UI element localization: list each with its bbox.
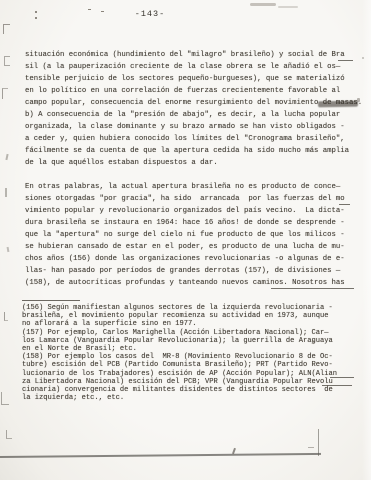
page-number: -143- [100,9,200,19]
scan-bottom-edge [0,453,321,458]
underline-alian [330,377,354,378]
underline-mo [339,204,350,205]
text-line: de la que aquéllos estaban dispuestos a … [25,157,359,169]
scan-artifact [1,392,9,405]
paragraph-2: En otras palabras, la actual apertura br… [25,181,359,289]
footnotes-section: (156) Según manifiestan algunos sectores… [22,304,362,402]
underline-bra [338,60,353,61]
scan-bottom-corner-tick [318,429,319,456]
text-line: campo popular, consecuencia del enorme r… [25,97,359,109]
text-line: la izquierda; etc., etc. [22,394,362,402]
text-line: chos años (156) donde las organizaciones… [25,253,359,265]
scan-artifact [4,312,8,321]
scan-artifact [88,9,91,10]
text-line: tensible perjuicio de los sectores peque… [25,73,359,85]
underline-revolu [322,385,352,386]
scan-artifact [5,154,8,160]
text-line: cionaria) convergencia de militantes dis… [22,386,362,394]
text-line: lucionario de los Trabajadores) escisión… [22,370,362,378]
ink-smudge [318,101,358,108]
text-line: b) A consecuencia de la "presión de abaj… [25,109,359,121]
scan-artifact [278,6,298,8]
footnote-156: (156) Según manifiestan algunos sectores… [22,304,362,329]
text-line: los Lamarca (Vanguardia Popular Revoluci… [22,337,362,345]
document-page: -143- situación económica (hundimiento d… [0,0,371,480]
footnote-158: (158) Por ejemplo los casos del MR-8 (Mo… [22,353,362,402]
paragraph-1: situación económica (hundimiento del "mi… [25,49,359,169]
text-line: que la "apertura" no surge del cielo ni … [25,229,359,241]
underline-nosotros-has [271,288,354,289]
scan-artifact [3,24,10,34]
scan-artifact [35,17,37,19]
scan-artifact [308,447,314,448]
scan-artifact [5,188,7,197]
text-line: en lo político en una correlación de fue… [25,85,359,97]
text-line: organizada, la clase dominante y su braz… [25,121,359,133]
text-line: fácilmente se da cuenta de que la apertu… [25,145,359,157]
scan-artifact [35,11,37,13]
scan-right-edge [362,0,371,480]
text-line: en el Norte de Brasil; etc. [22,345,362,353]
scan-artifact [7,247,9,252]
text-line: (156) Según manifiestan algunos sectores… [22,304,362,312]
text-line: se hubieran cansado de estar en el poder… [25,241,359,253]
text-line: dura brasileña se instaura en 1964: hace… [25,217,359,229]
text-line: llas- han pasado por períodos de grandes… [25,265,359,277]
text-line: za Libertadora Nacional) escisión del PC… [22,378,362,386]
scan-artifact [250,3,276,6]
text-line: (157) Por ejemplo, Carlos Marighella (Ac… [22,329,362,337]
scan-artifact [6,430,12,439]
text-line: situación económica (hundimiento del "mi… [25,49,359,61]
footnote-separator-rule [22,300,80,301]
text-line: En otras palabras, la actual apertura br… [25,181,359,193]
text-line: sil (a la pauperización creciente de la … [25,61,359,73]
text-line: no aflorará a la superficie sino en 1977… [22,320,362,328]
text-line: tubre) escisión del PCB (Partido Comunis… [22,361,362,369]
text-line: a ceder y, quien hubiera conocido los lí… [25,133,359,145]
scan-artifact [2,88,8,99]
scan-artifact [4,56,10,66]
text-line: siones otorgadas "por gracia", ha sido a… [25,193,359,205]
footnote-157: (157) Por ejemplo, Carlos Marighella (Ac… [22,329,362,354]
text-line: vimiento popular y revolucionario organi… [25,205,359,217]
